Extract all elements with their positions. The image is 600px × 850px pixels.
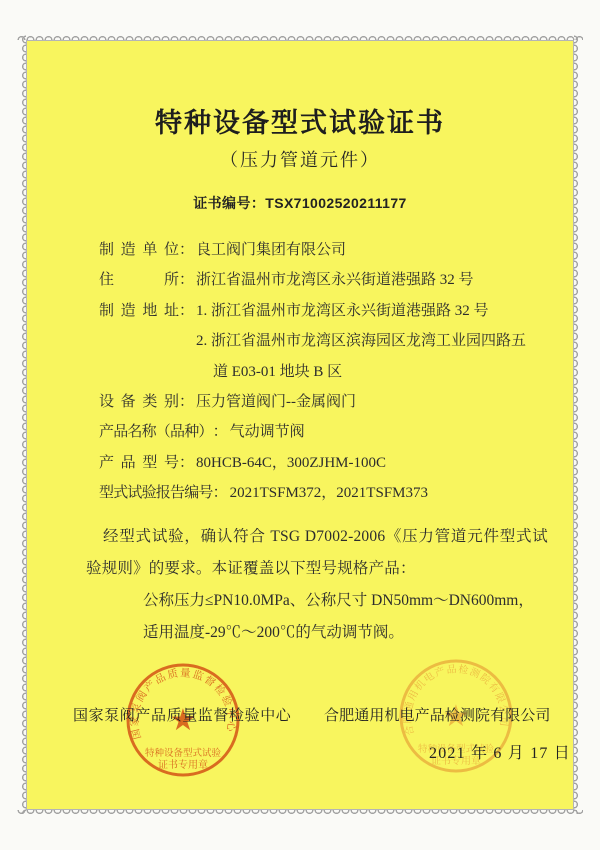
field-value: 1. 浙江省温州市龙湾区永兴街道港强路 32 号 bbox=[196, 303, 489, 319]
field-label: 住所 bbox=[99, 265, 179, 295]
certificate-subtitle: （压力管道元件） bbox=[27, 146, 573, 172]
field-list: 制造单位：良工阀门集团有限公司 住所：浙江省温州市龙湾区永兴街道港强路 32 号… bbox=[99, 235, 557, 509]
field-value: 良工阀门集团有限公司 bbox=[196, 242, 346, 258]
issuing-org-left: 国家泵阀产品质量监督检验中心 bbox=[73, 704, 291, 725]
field-row-mfg-address-cont: 2. 浙江省温州市龙湾区滨海园区龙湾工业园四路五 bbox=[99, 326, 557, 356]
field-label: 产品型号 bbox=[99, 448, 179, 478]
field-value: 2021TSFM372，2021TSFM373 bbox=[230, 485, 428, 501]
issue-date: 2021 年 6 月 17 日 bbox=[429, 740, 571, 763]
perforated-edge-left bbox=[17, 35, 26, 814]
field-value: 浙江省温州市龙湾区永兴街道港强路 32 号 bbox=[196, 272, 474, 288]
spec-line-pressure: 公称压力≤PN10.0MPa、公称尺寸 DN50mm～DN600mm， bbox=[143, 590, 534, 612]
field-row-residence: 住所：浙江省温州市龙湾区永兴街道港强路 32 号 bbox=[99, 265, 557, 295]
field-label: 设备类别 bbox=[99, 387, 179, 417]
scanned-certificate-page: 特种设备型式试验证书 （压力管道元件） 证书编号：TSX710025202111… bbox=[0, 0, 600, 850]
field-value: 80HCB-64C，300ZJHM-100C bbox=[196, 455, 386, 471]
perforated-edge-right bbox=[574, 35, 583, 814]
spec-line-temperature: 适用温度-29℃～200℃的气动调节阀。 bbox=[143, 622, 404, 644]
field-label: 产品名称（品种） bbox=[99, 417, 213, 447]
field-value: 道 E03-01 地块 B 区 bbox=[213, 364, 342, 380]
field-row-report-no: 型式试验报告编号：2021TSFM372，2021TSFM373 bbox=[99, 478, 557, 508]
field-colon: ： bbox=[179, 387, 196, 417]
field-colon: ： bbox=[213, 478, 230, 508]
certificate-number-label: 证书编号： bbox=[193, 195, 265, 211]
seal-caption-1: 特种设备型式试验 bbox=[145, 747, 222, 759]
field-colon: ： bbox=[179, 265, 196, 295]
certificate-number-line: 证书编号：TSX71002520211177 bbox=[27, 193, 573, 213]
seal-caption-2: 证书专用章 bbox=[158, 758, 208, 771]
field-row-equipment-category: 设备类别：压力管道阀门--金属阀门 bbox=[99, 387, 557, 417]
field-value: 压力管道阀门--金属阀门 bbox=[196, 394, 356, 410]
field-label: 制造地址 bbox=[99, 296, 179, 326]
field-label: 型式试验报告编号 bbox=[99, 478, 213, 508]
field-row-manufacturer: 制造单位：良工阀门集团有限公司 bbox=[99, 235, 557, 265]
certificate-body: 特种设备型式试验证书 （压力管道元件） 证书编号：TSX710025202111… bbox=[26, 40, 574, 810]
field-row-product-model: 产品型号：80HCB-64C，300ZJHM-100C bbox=[99, 448, 557, 478]
field-row-mfg-address: 制造地址：1. 浙江省温州市龙湾区永兴街道港强路 32 号 bbox=[99, 296, 557, 326]
certificate-title: 特种设备型式试验证书 bbox=[27, 101, 573, 140]
field-colon: ： bbox=[179, 235, 196, 265]
field-colon: ： bbox=[179, 448, 196, 478]
field-value: 2. 浙江省温州市龙湾区滨海园区龙湾工业园四路五 bbox=[196, 333, 526, 349]
field-value: 气动调节阀 bbox=[230, 424, 305, 440]
field-colon: ： bbox=[179, 296, 196, 326]
certificate-number-value: TSX71002520211177 bbox=[265, 195, 407, 211]
field-row-mfg-address-cont2: 道 E03-01 地块 B 区 bbox=[99, 357, 557, 387]
statement-paragraph: 经型式试验，确认符合 TSG D7002-2006《压力管道元件型式试验规则》的… bbox=[86, 521, 548, 585]
perforated-edge-top bbox=[17, 31, 583, 40]
issuing-org-right: 合肥通用机电产品检测院有限公司 bbox=[324, 704, 551, 725]
field-label: 制造单位 bbox=[99, 235, 179, 265]
field-row-product-name: 产品名称（品种）：气动调节阀 bbox=[99, 417, 557, 447]
field-colon: ： bbox=[213, 417, 230, 447]
perforated-edge-bottom bbox=[17, 810, 583, 819]
